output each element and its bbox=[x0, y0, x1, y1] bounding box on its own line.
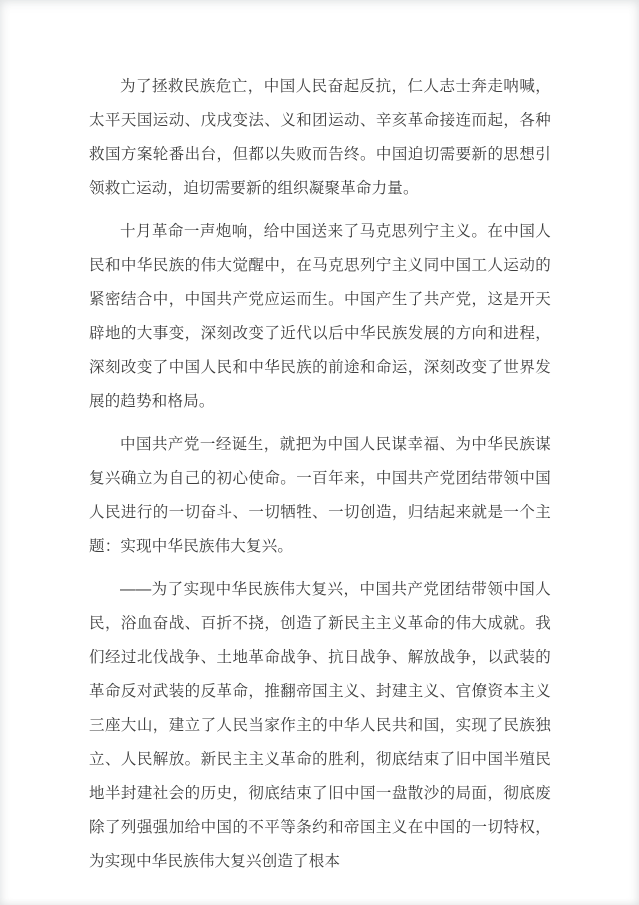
paragraph-3: 中国共产党一经诞生，就把为中国人民谋幸福、为中华民族谋复兴确立为自己的初心使命。… bbox=[89, 428, 551, 564]
paragraph-4: ——为了实现中华民族伟大复兴，中国共产党团结带领中国人民，浴血奋战、百折不挠，创… bbox=[89, 573, 551, 879]
document-body: 为了拯救民族危亡，中国人民奋起反抗，仁人志士奔走呐喊，太平天国运动、戊戌变法、义… bbox=[0, 70, 639, 879]
paragraph-2: 十月革命一声炮响，给中国送来了马克思列宁主义。在中国人民和中华民族的伟大觉醒中，… bbox=[89, 215, 551, 419]
document-page: 为了拯救民族危亡，中国人民奋起反抗，仁人志士奔走呐喊，太平天国运动、戊戌变法、义… bbox=[0, 0, 639, 905]
paragraph-1: 为了拯救民族危亡，中国人民奋起反抗，仁人志士奔走呐喊，太平天国运动、戊戌变法、义… bbox=[89, 70, 551, 206]
